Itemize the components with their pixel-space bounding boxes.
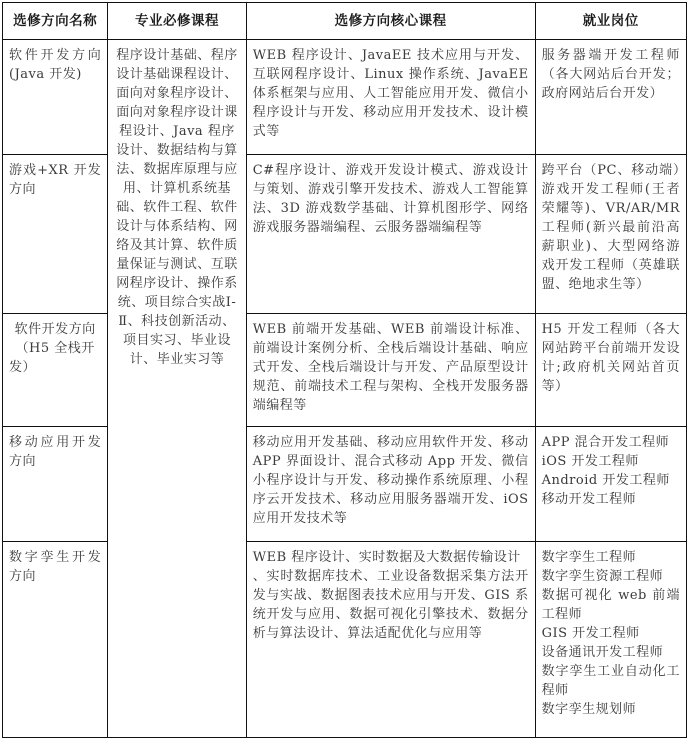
table-header-row: 选修方向名称 专业必修课程 选修方向核心课程 就业岗位 xyxy=(3,3,687,40)
job-item: Android 开发工程师 xyxy=(542,471,680,490)
jobs-cell: 服务器端开发工程师（各大网站后台开发；政府网站后台开发） xyxy=(535,40,686,155)
table-row: 软件开发方向（H5 全栈开发） WEB 前端开发基础、WEB 前端设计标准、前端… xyxy=(3,314,687,427)
header-jobs: 就业岗位 xyxy=(535,3,686,40)
job-item: 数字孪生资源工程师 xyxy=(542,567,680,586)
job-item: 数据可视化 web 前端工程师 xyxy=(542,586,680,624)
jobs-cell: H5 开发工程师（各大网站跨平台前端开发设计;政府机关网站首页等） xyxy=(535,314,686,427)
table-row: 数字孪生开发方向 WEB 程序设计、实时数据及大数据传输设计 、实时数据库技术、… xyxy=(3,542,687,738)
core-courses-cell: 移动应用开发基础、移动应用软件开发、移动 APP 界面设计、混合式移动 App … xyxy=(246,427,535,542)
job-item: 移动开发工程师 xyxy=(542,490,680,509)
jobs-cell: 跨平台（PC、移动端）游戏开发工程师(王者荣耀等)、VR/AR/MR 工程师(新… xyxy=(535,155,686,314)
table-row: 移动应用开发方向 移动应用开发基础、移动应用软件开发、移动 APP 界面设计、混… xyxy=(3,427,687,542)
header-required-courses: 专业必修课程 xyxy=(108,3,247,40)
required-courses-cell: 程序设计基础、程序设计基础课程设计、面向对象程序设计、面向对象程序设计课程设计、… xyxy=(108,40,247,738)
job-item: 数字孪生工程师 xyxy=(542,548,680,567)
core-courses-cell: WEB 程序设计、实时数据及大数据传输设计 、实时数据库技术、工业设备数据采集方… xyxy=(246,542,535,738)
job-item: 数字孪生规划师 xyxy=(542,700,680,719)
table-row: 软件开发方向(Java 开发) 程序设计基础、程序设计基础课程设计、面向对象程序… xyxy=(3,40,687,155)
header-core-courses: 选修方向核心课程 xyxy=(246,3,535,40)
jobs-cell: 数字孪生工程师 数字孪生资源工程师 数据可视化 web 前端工程师 GIS 开发… xyxy=(535,542,686,738)
job-item: 数字孪生工业自动化工程师 xyxy=(542,662,680,700)
job-item: iOS 开发工程师 xyxy=(542,452,680,471)
core-line: 、实时数据库技术、工业设备数据采集方法开发与实战、数据图表技术应用与开发、GIS… xyxy=(253,567,529,643)
table-row: 游戏+XR 开发方向 C#程序设计、游戏开发设计模式、游戏设计与策划、游戏引擎开… xyxy=(3,155,687,314)
direction-name-cell: 软件开发方向（H5 全栈开发） xyxy=(3,314,108,427)
jobs-cell: APP 混合开发工程师 iOS 开发工程师 Android 开发工程师 移动开发… xyxy=(535,427,686,542)
core-courses-cell: C#程序设计、游戏开发设计模式、游戏设计与策划、游戏引擎开发技术、游戏人工智能算… xyxy=(246,155,535,314)
core-line: WEB 程序设计、实时数据及大数据传输设计 xyxy=(253,548,529,567)
course-direction-table: 选修方向名称 专业必修课程 选修方向核心课程 就业岗位 软件开发方向(Java … xyxy=(2,2,687,738)
core-courses-cell: WEB 程序设计、JavaEE 技术应用与开发、互联网程序设计、Linux 操作… xyxy=(246,40,535,155)
direction-name-cell: 数字孪生开发方向 xyxy=(3,542,108,738)
direction-name-cell: 移动应用开发方向 xyxy=(3,427,108,542)
job-item: 设备通讯开发工程师 xyxy=(542,643,680,662)
job-item: GIS 开发工程师 xyxy=(542,624,680,643)
header-direction-name: 选修方向名称 xyxy=(3,3,108,40)
direction-name-cell: 软件开发方向(Java 开发) xyxy=(3,40,108,155)
core-courses-cell: WEB 前端开发基础、WEB 前端设计标准、前端设计案例分析、全栈后端设计基础、… xyxy=(246,314,535,427)
job-item: APP 混合开发工程师 xyxy=(542,433,680,452)
direction-name-cell: 游戏+XR 开发方向 xyxy=(3,155,108,314)
